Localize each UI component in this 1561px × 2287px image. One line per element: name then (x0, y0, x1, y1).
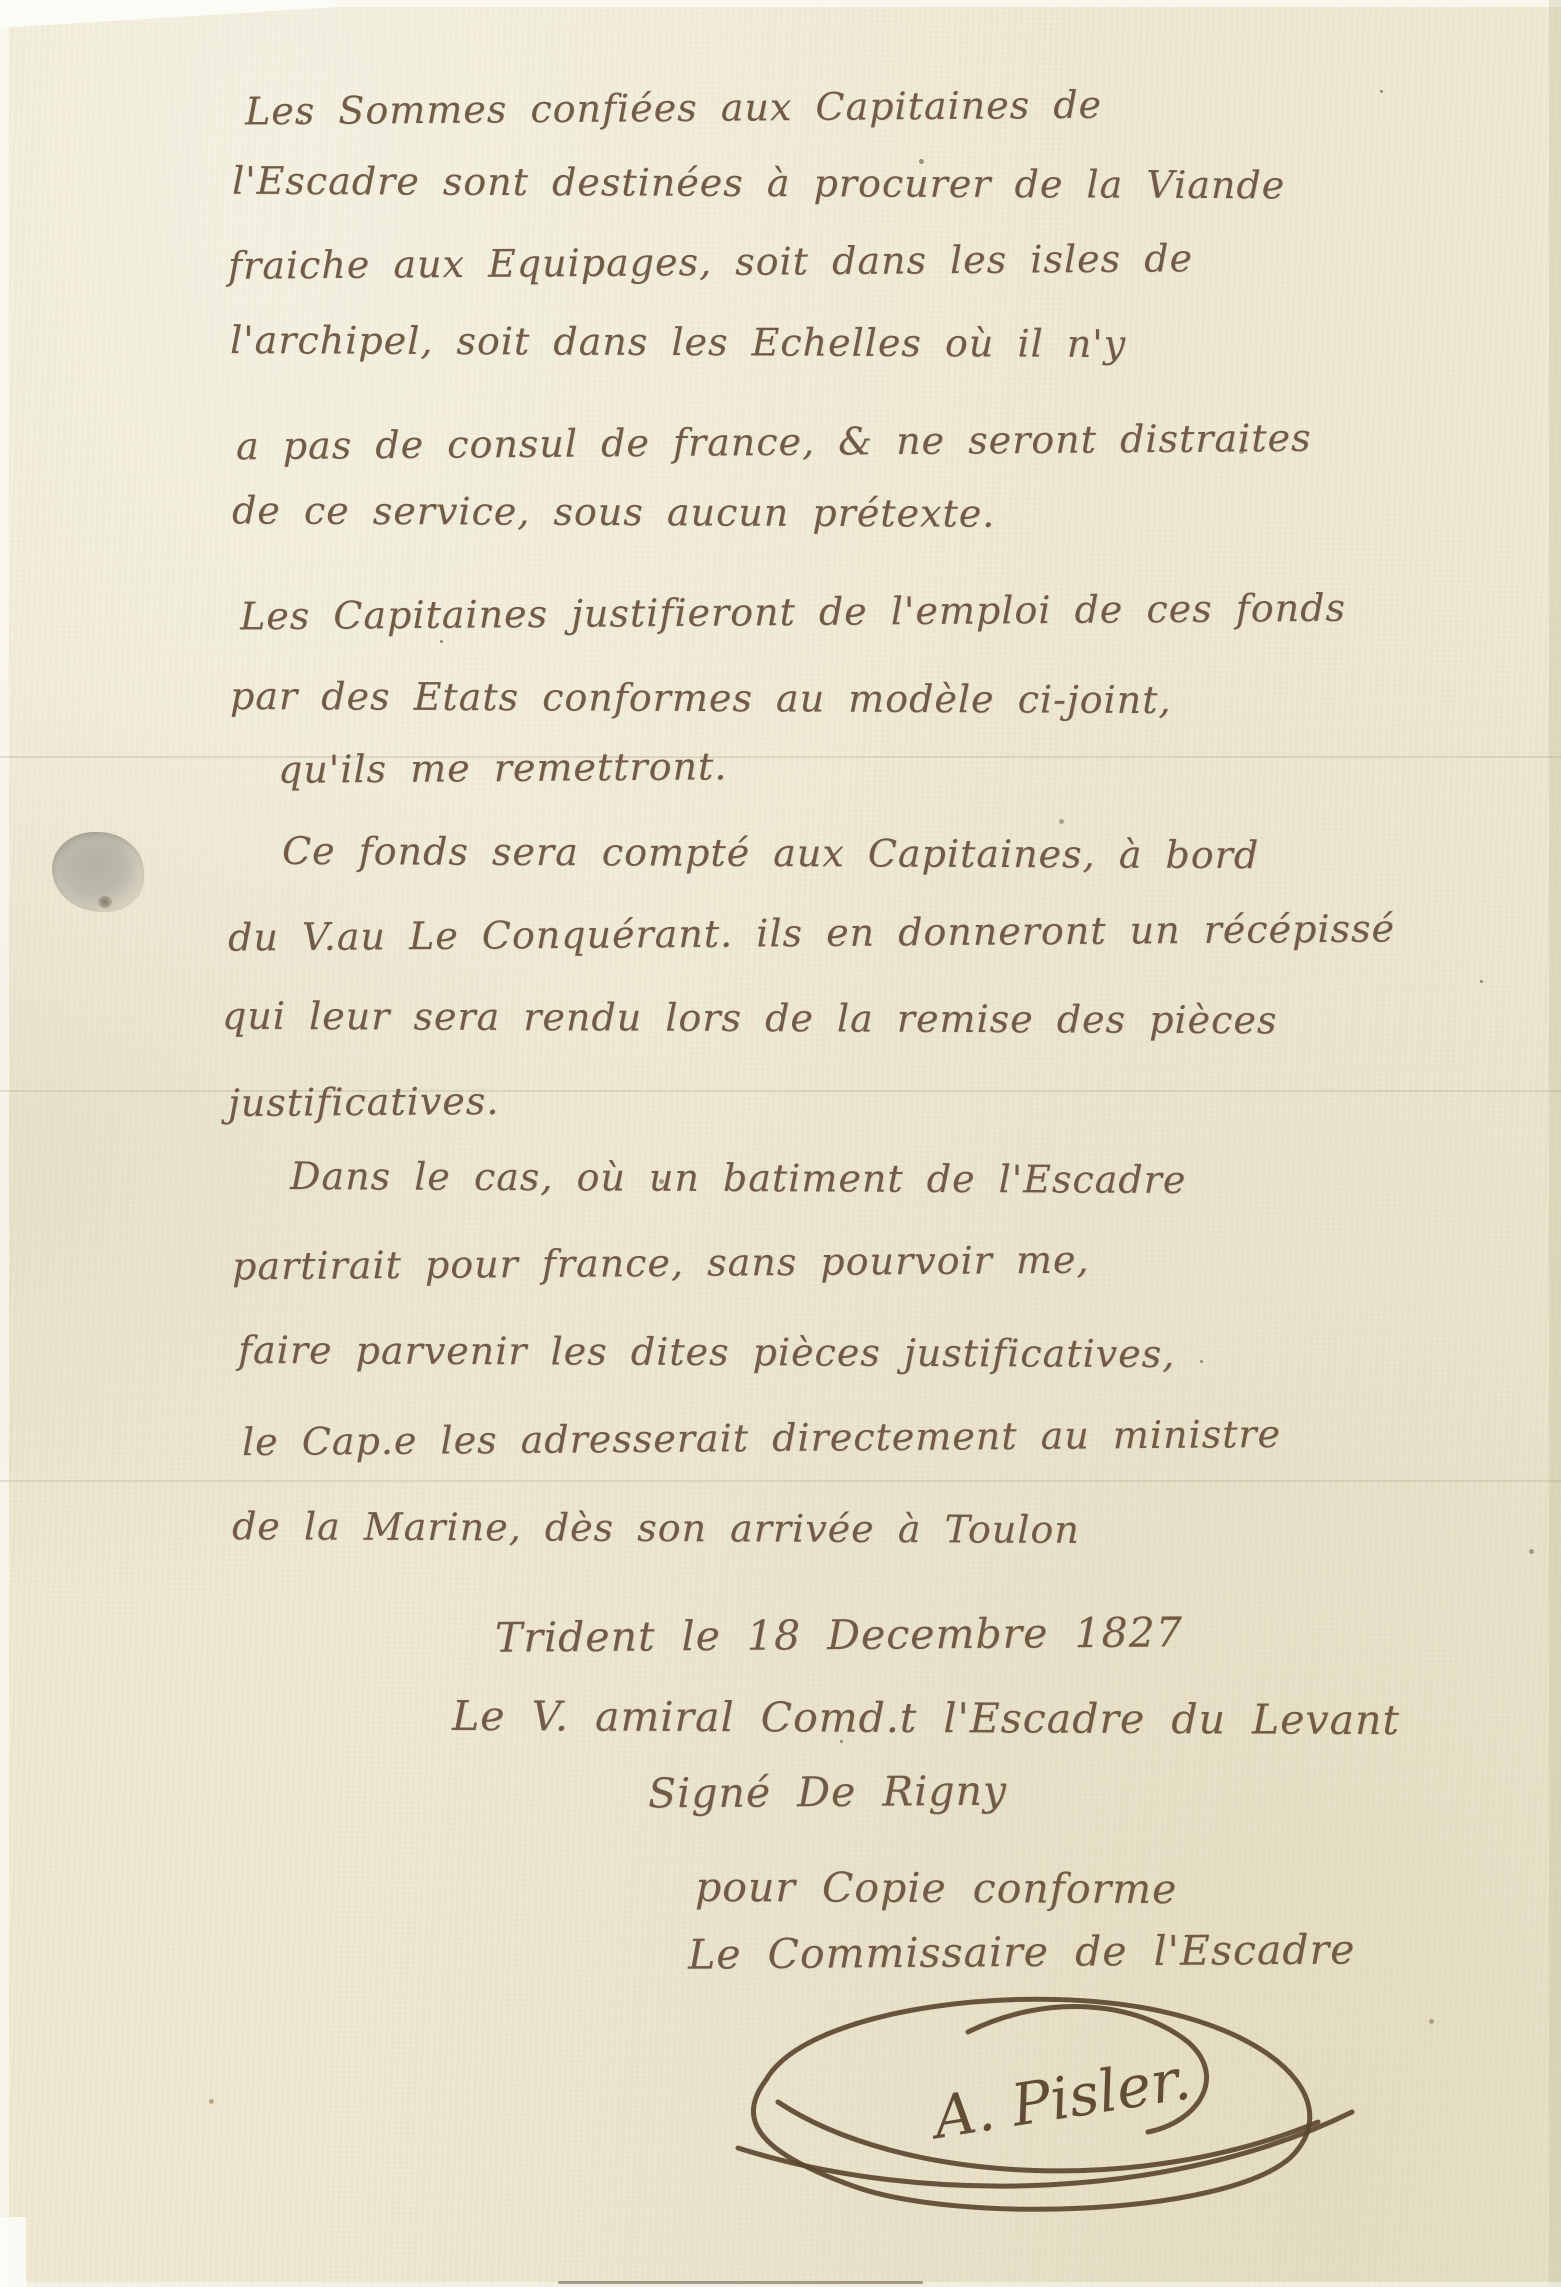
manuscript-line: Dans le cas, où un batiment de l'Escadre (290, 1146, 1187, 1210)
manuscript-line: l'Escadre sont destinées à procurer de l… (232, 151, 1285, 216)
closing-commander: Le V. amiral Comd.t l'Escadre du Levant (452, 1686, 1400, 1750)
signature-oval-icon: A. Pisler. (718, 1972, 1358, 2222)
signature-flourish: A. Pisler. (718, 1972, 1358, 2222)
manuscript-line: Ce fonds sera compté aux Capitaines, à b… (282, 821, 1259, 885)
manuscript-line: du V.au Le Conquérant. ils en donneront … (228, 898, 1395, 967)
manuscript-line: qui leur sera rendu lors de la remise de… (222, 986, 1278, 1051)
manuscript-line: de ce service, sous aucun prétexte. (232, 480, 996, 543)
manuscript-line: le Cap.e les adresserait directement au … (242, 1404, 1282, 1472)
closing-signed: Signé De Rigny (648, 1761, 1008, 1824)
manuscript-line: partirait pour france, sans pourvoir me, (232, 1230, 1090, 1297)
manuscript-line: fraiche aux Equipages, soit dans les isl… (228, 228, 1193, 296)
manuscript-line: justificatives. (228, 1071, 500, 1133)
manuscript-line: par des Etats conformes au modèle ci-joi… (230, 666, 1172, 730)
manuscript-line: a pas de consul de france, & ne seront d… (236, 408, 1312, 476)
paper-crease (0, 1480, 1561, 1482)
manuscript-line: de la Marine, dès son arrivée à Toulon (232, 1496, 1080, 1560)
stain-speck (98, 896, 112, 908)
closing-copy: pour Copie conforme (695, 1857, 1178, 1919)
manuscript-line: Les Capitaines justifieront de l'emploi … (240, 578, 1346, 647)
manuscript-line: Les Sommes confiées aux Capitaines de (245, 75, 1102, 142)
signature-name: A. Pisler. (924, 2044, 1195, 2152)
manuscript-line: l'archipel, soit dans les Echelles où il… (230, 310, 1126, 374)
paper-crease (0, 756, 1561, 758)
manuscript-line: qu'ils me remettront. (278, 736, 728, 800)
manuscript-line: faire parvenir les dites pièces justific… (238, 1320, 1175, 1384)
closing-dateline: Trident le 18 Decembre 1827 (495, 1602, 1183, 1667)
